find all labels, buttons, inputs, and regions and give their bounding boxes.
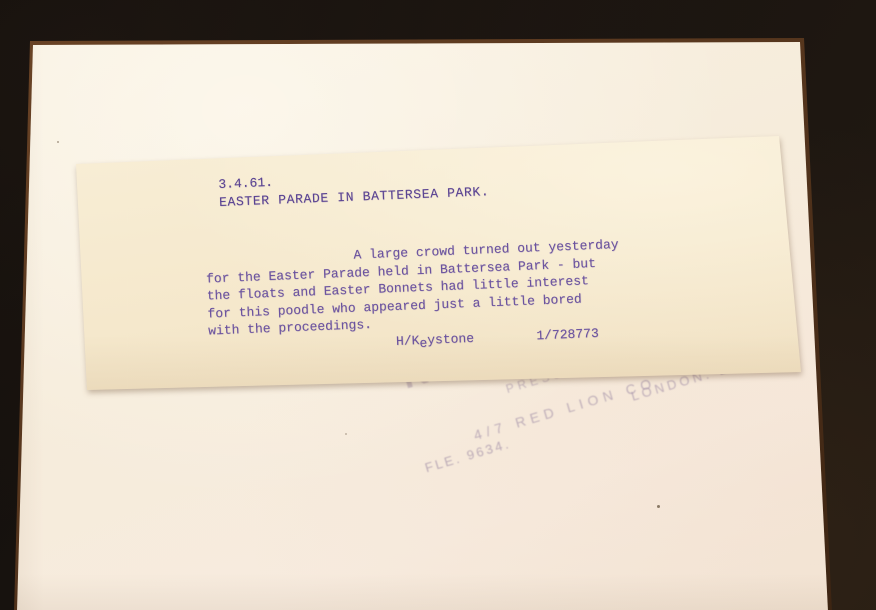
caption-title: EASTER PARADE IN BATTERSEA PARK. bbox=[219, 170, 805, 211]
typed-caption: 3.4.61. EASTER PARADE IN BATTERSEA PARK.… bbox=[74, 152, 811, 362]
credit-dropped-letter: e bbox=[419, 335, 427, 350]
caption-slip: 3.4.61. EASTER PARADE IN BATTERSEA PARK.… bbox=[74, 132, 804, 393]
caption-date: 3.4.61. bbox=[218, 152, 804, 193]
credit-agency: H/K bbox=[209, 333, 420, 356]
credit-reference-number: 1/728773 bbox=[536, 325, 599, 342]
caption-body-line: the floats and Easter Bonnets had little… bbox=[206, 263, 808, 305]
caption-body-line: with the proceedings. bbox=[208, 298, 810, 340]
credit-gap bbox=[474, 328, 537, 345]
caption-gap bbox=[76, 187, 807, 257]
credit-agency-rest: ystone bbox=[427, 330, 474, 347]
caption-body-line: for this poodle who appeared just a litt… bbox=[207, 281, 809, 323]
caption-body-line: for the Easter Parade held in Battersea … bbox=[206, 246, 808, 288]
caption-credit-line: H/Keystone 1/728773 bbox=[209, 316, 811, 358]
caption-slip-wrap: 3.4.61. EASTER PARADE IN BATTERSEA PARK.… bbox=[0, 0, 876, 610]
photo-mat-background: KE PRESS 4/7 RED LION CO LONDON. E FLE. … bbox=[0, 0, 876, 610]
caption-body-line: A large crowd turned out yesterday bbox=[205, 228, 807, 270]
